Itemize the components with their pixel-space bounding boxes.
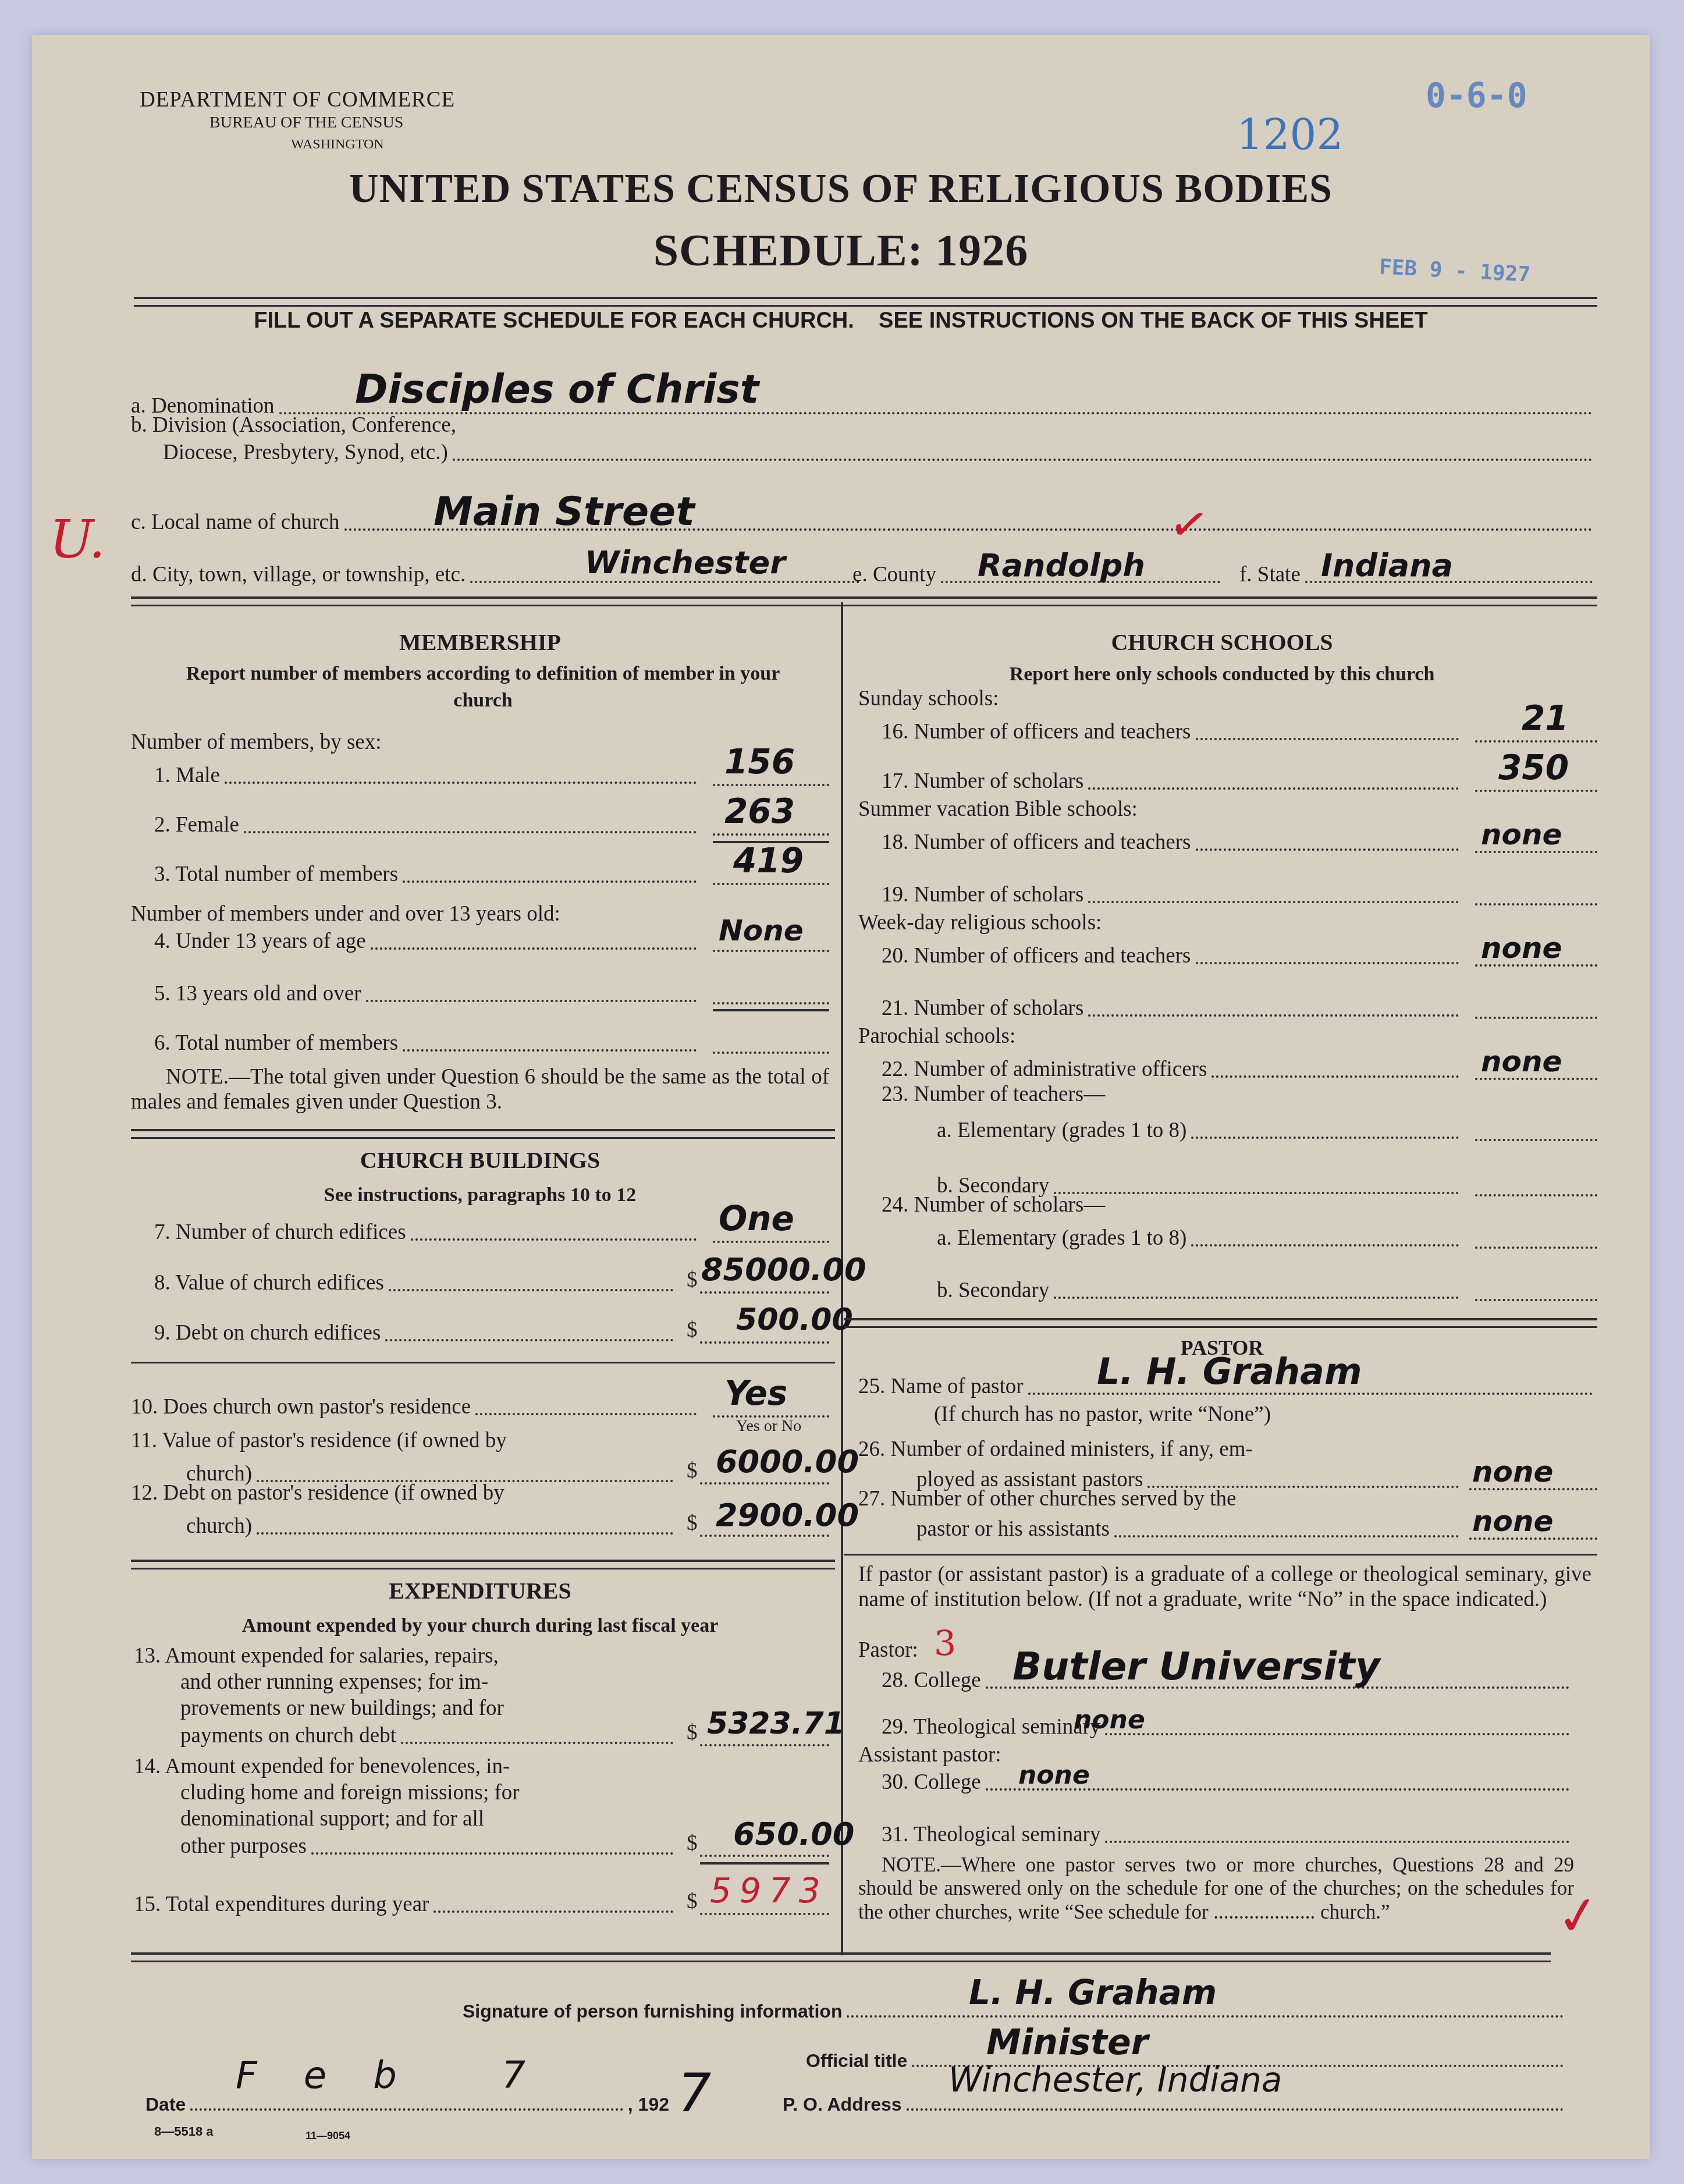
buildings-heading: CHURCH BUILDINGS xyxy=(131,1146,829,1174)
q13-label-2: and other running expenses; for im- xyxy=(180,1670,488,1695)
owns-residence-field[interactable]: 10. Does church own pastor's residence xyxy=(131,1388,701,1420)
dollar-sign: $ xyxy=(687,1831,698,1856)
weekday-teachers-value: none xyxy=(1481,931,1562,965)
division-label: b. Division (Association, Conference, xyxy=(131,413,456,438)
parochial-officers-value: none xyxy=(1481,1045,1562,1078)
section-rule xyxy=(131,596,1597,606)
q28-label: 28. College xyxy=(882,1668,981,1693)
department-name: DEPARTMENT OF COMMERCE xyxy=(140,87,455,112)
female-label: 2. Female xyxy=(154,813,239,838)
margin-annotation: U. xyxy=(49,509,105,570)
document-title: UNITED STATES CENSUS OF RELIGIOUS BODIES xyxy=(32,166,1650,212)
q23-label: 23. Number of teachers— xyxy=(882,1082,1105,1107)
female-field[interactable]: 2. Female xyxy=(154,806,701,838)
q29-label: 29. Theological seminary xyxy=(882,1715,1100,1740)
edifice-count-field[interactable]: 7. Number of church edifices xyxy=(154,1213,701,1245)
header-rule xyxy=(134,297,1597,307)
assistant-college-value: none xyxy=(1018,1760,1090,1790)
edifice-count-value: One xyxy=(719,1199,794,1238)
graduate-note: If pastor (or assistant pastor) is a gra… xyxy=(858,1562,1591,1612)
review-check-icon: ✓ xyxy=(1165,495,1213,555)
signature-label: Signature of person furnishing informati… xyxy=(463,2001,842,2022)
edifice-value-label: 8. Value of church edifices xyxy=(154,1271,384,1296)
membership-heading: MEMBERSHIP xyxy=(131,628,829,656)
reviewer-mark: 3 xyxy=(934,1624,956,1664)
yes-or-no-hint: Yes or No xyxy=(736,1417,801,1436)
summer-scholars-field[interactable]: 19. Number of scholars xyxy=(882,876,1463,908)
residence-value-label: 11. Value of pastor's residence (if owne… xyxy=(131,1429,507,1454)
pastor-seminary-field[interactable]: 29. Theological seminary xyxy=(882,1708,1574,1740)
q27-label: 27. Number of other churches served by t… xyxy=(858,1487,1236,1512)
weekday-teachers-field[interactable]: 20. Number of officers and teachers xyxy=(882,937,1463,969)
male-value: 156 xyxy=(724,742,795,782)
q14-label-1: 14. Amount expended for benevolences, in… xyxy=(134,1755,510,1780)
total-members-field[interactable]: 3. Total number of members xyxy=(154,855,701,887)
q24b-label: b. Secondary xyxy=(937,1279,1049,1304)
print-number: 11—9054 xyxy=(305,2130,350,2142)
state-value: Indiana xyxy=(1321,547,1453,584)
edifice-debt-label: 9. Debt on church edifices xyxy=(154,1321,381,1346)
census-schedule-sheet: DEPARTMENT OF COMMERCE BUREAU OF THE CEN… xyxy=(32,35,1650,2159)
year-prefix: , 192 xyxy=(628,2094,669,2115)
parochial-elem-scholars-field[interactable]: a. Elementary (grades 1 to 8) xyxy=(937,1219,1463,1251)
edifice-debt-field[interactable]: 9. Debt on church edifices xyxy=(154,1314,678,1346)
city-value: Winchester xyxy=(585,544,786,581)
division-label-continued: Diocese, Presbytery, Synod, etc.) xyxy=(163,441,448,466)
local-name-value: Main Street xyxy=(434,489,695,535)
county-label: e. County xyxy=(852,563,936,588)
total-expenditures-value: 5973 xyxy=(710,1871,829,1910)
edifice-count-label: 7. Number of church edifices xyxy=(154,1220,406,1245)
male-field[interactable]: 1. Male xyxy=(154,757,701,789)
po-address-label: P. O. Address xyxy=(783,2094,902,2115)
benevolences-value: 650.00 xyxy=(733,1816,854,1852)
sunday-scholars-field[interactable]: 17. Number of scholars xyxy=(882,762,1463,794)
q14-label-2: cluding home and foreign missions; for xyxy=(180,1781,520,1806)
weekday-scholars-field[interactable]: 21. Number of scholars xyxy=(882,989,1463,1021)
by-sex-label: Number of members, by sex: xyxy=(131,730,382,755)
total-expenditures-field[interactable]: 15. Total expenditures during year xyxy=(134,1885,678,1917)
po-address-value: Winchester, Indiana xyxy=(948,2060,1282,2100)
form-number: 8—5518 a xyxy=(154,2124,214,2139)
bureau-name: BUREAU OF THE CENSUS xyxy=(209,113,403,132)
local-name-field[interactable]: c. Local name of church xyxy=(131,495,1597,535)
q25-label: 25. Name of pastor xyxy=(858,1375,1024,1400)
q27-label-continued: pastor or his assistants xyxy=(916,1517,1110,1542)
parochial-schools-label: Parochial schools: xyxy=(858,1024,1015,1049)
residence-debt-value: 2900.00 xyxy=(716,1497,859,1533)
assistant-seminary-field[interactable]: 31. Theological seminary xyxy=(882,1816,1574,1848)
sunday-scholars-value: 350 xyxy=(1498,748,1569,787)
owns-residence-label: 10. Does church own pastor's residence xyxy=(131,1395,471,1420)
sunday-teachers-value: 21 xyxy=(1522,698,1569,738)
pastor-name-value: L. H. Graham xyxy=(1097,1350,1362,1393)
division-field[interactable]: Diocese, Presbytery, Synod, etc.) xyxy=(163,436,1597,466)
q17-label: 17. Number of scholars xyxy=(882,769,1083,794)
dollar-sign: $ xyxy=(687,1267,698,1292)
pastor-none-hint: (If church has no pastor, write “None”) xyxy=(934,1402,1271,1427)
benevolences-field[interactable]: other purposes xyxy=(180,1827,678,1859)
residence-debt-label-continued: church) xyxy=(186,1514,252,1539)
other-churches-value: none xyxy=(1472,1504,1553,1538)
q18-label: 18. Number of officers and teachers xyxy=(882,830,1191,855)
q22-label: 22. Number of administrative officers xyxy=(882,1057,1207,1082)
q21-label: 21. Number of scholars xyxy=(882,996,1083,1021)
bureau-city: WASHINGTON xyxy=(291,137,384,152)
classification-stamp: 0-6-0 xyxy=(1426,76,1527,115)
edifice-value-field[interactable]: 8. Value of church edifices xyxy=(154,1264,678,1296)
membership-note: NOTE.—The total given under Question 6 s… xyxy=(131,1065,829,1114)
other-churches-field[interactable]: pastor or his assistants xyxy=(916,1510,1463,1542)
expenditures-heading: EXPENDITURES xyxy=(131,1577,829,1604)
dollar-sign: $ xyxy=(687,1317,698,1343)
running-expenses-value: 5323.71 xyxy=(707,1706,845,1741)
total-expenditures-label: 15. Total expenditures during year xyxy=(134,1892,429,1917)
membership-subheading: Report number of members according to de… xyxy=(166,660,800,714)
signature-value: L. H. Graham xyxy=(969,1973,1217,2012)
summer-schools-label: Summer vacation Bible schools: xyxy=(858,797,1138,822)
under-13-label: 4. Under 13 years of age xyxy=(154,929,366,954)
dollar-sign: $ xyxy=(687,1511,698,1536)
running-expenses-field[interactable]: payments on church debt xyxy=(180,1717,678,1749)
male-label: 1. Male xyxy=(154,763,220,789)
state-label: f. State xyxy=(1239,563,1301,588)
q31-label: 31. Theological seminary xyxy=(882,1823,1100,1848)
local-name-label: c. Local name of church xyxy=(131,510,340,535)
q14-label-4: other purposes xyxy=(180,1834,307,1859)
q23a-label: a. Elementary (grades 1 to 8) xyxy=(937,1118,1186,1144)
q24-label: 24. Number of scholars— xyxy=(882,1193,1105,1218)
official-title-label: Official title xyxy=(806,2050,907,2072)
over-13-field[interactable]: 5. 13 years old and over xyxy=(154,975,701,1007)
q13-label-4: payments on church debt xyxy=(180,1724,396,1749)
official-title-value: Minister xyxy=(986,2022,1148,2063)
q20-label: 20. Number of officers and teachers xyxy=(882,944,1191,969)
expenditures-subheading: Amount expended by your church during la… xyxy=(131,1615,829,1637)
year-value: 7 xyxy=(678,2063,711,2124)
female-value: 263 xyxy=(724,791,795,831)
summer-teachers-field[interactable]: 18. Number of officers and teachers xyxy=(882,823,1463,855)
sunday-schools-label: Sunday schools: xyxy=(858,687,999,712)
review-check-icon: ✓ xyxy=(1552,1883,1604,1949)
city-label: d. City, town, village, or township, etc… xyxy=(131,563,466,588)
multi-church-note: NOTE.—Where one pastor serves two or mor… xyxy=(858,1853,1574,1924)
date-value: Feb 7 xyxy=(236,2054,572,2097)
total-members-value: 419 xyxy=(733,841,804,880)
q24a-label: a. Elementary (grades 1 to 8) xyxy=(937,1226,1186,1251)
county-value: Randolph xyxy=(978,547,1145,584)
edifice-value-value: 85000.00 xyxy=(701,1251,866,1288)
total-by-age-label: 6. Total number of members xyxy=(154,1031,398,1056)
residence-value-value: 6000.00 xyxy=(716,1443,859,1480)
q26-label: 26. Number of ordained ministers, if any… xyxy=(858,1437,1253,1462)
parochial-officers-field[interactable]: 22. Number of administrative officers xyxy=(882,1050,1463,1082)
assistant-college-field[interactable]: 30. College xyxy=(882,1763,1574,1795)
pastor-college-value: Butler University xyxy=(1012,1644,1380,1689)
assistant-ministers-value: none xyxy=(1472,1455,1553,1489)
total-members-label: 3. Total number of members xyxy=(154,862,398,887)
dollar-sign: $ xyxy=(687,1458,698,1483)
pastor-seminary-value: none xyxy=(1074,1705,1145,1735)
parochial-elem-teachers-field[interactable]: a. Elementary (grades 1 to 8) xyxy=(937,1111,1463,1144)
instruction-banner: FILL OUT A SEPARATE SCHEDULE FOR EACH CH… xyxy=(32,308,1650,333)
summer-teachers-value: none xyxy=(1481,818,1562,851)
q30-label: 30. College xyxy=(882,1770,981,1795)
denomination-value: Disciples of Christ xyxy=(355,367,759,413)
under-13-field[interactable]: 4. Under 13 years of age xyxy=(154,922,701,954)
owns-residence-value: Yes xyxy=(724,1373,787,1413)
dollar-sign: $ xyxy=(687,1889,698,1914)
residence-debt-label: 12. Debt on pastor's residence (if owned… xyxy=(131,1481,505,1506)
over-13-label: 5. 13 years old and over xyxy=(154,982,361,1007)
q16-label: 16. Number of officers and teachers xyxy=(882,720,1191,745)
schools-heading: CHURCH SCHOOLS xyxy=(852,628,1591,656)
dollar-sign: $ xyxy=(687,1720,698,1745)
sunday-teachers-field[interactable]: 16. Number of officers and teachers xyxy=(882,713,1463,745)
schedule-number-stamp: 1202 xyxy=(1237,111,1343,159)
q19-label: 19. Number of scholars xyxy=(882,883,1083,908)
residence-debt-field[interactable]: church) xyxy=(186,1507,678,1539)
q13-label-1: 13. Amount expended for salaries, repair… xyxy=(134,1644,499,1669)
pastor-subheading: Pastor: xyxy=(858,1638,918,1663)
edifice-debt-value: 500.00 xyxy=(736,1302,853,1337)
parochial-sec-scholars-field[interactable]: b. Secondary xyxy=(937,1272,1463,1304)
under-13-value: None xyxy=(719,914,804,947)
schools-subheading: Report here only schools conducted by th… xyxy=(852,663,1591,686)
date-label: Date xyxy=(145,2094,186,2115)
total-by-age-field[interactable]: 6. Total number of members xyxy=(154,1024,701,1056)
weekday-schools-label: Week-day religious schools: xyxy=(858,911,1102,936)
